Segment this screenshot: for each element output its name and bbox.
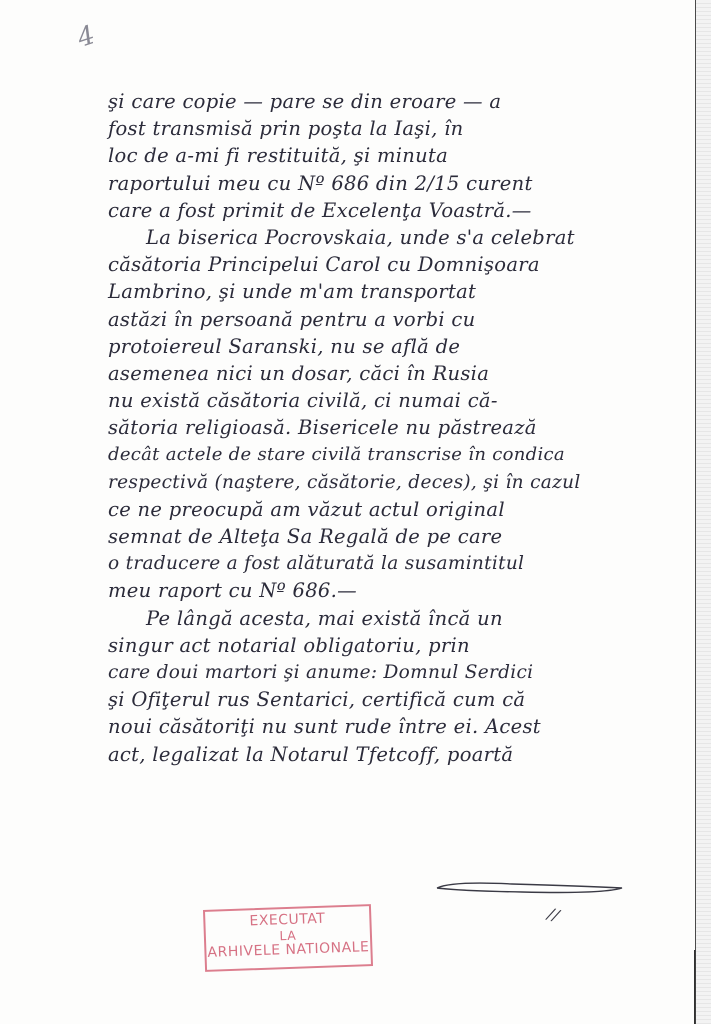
handwritten-text: şi care copie — pare se din eroare — a f…	[108, 88, 668, 768]
manuscript-page: 4 şi care copie — pare se din eroare — a…	[0, 0, 696, 1024]
text-line-18: o traducere a fost alăturată la susamint…	[108, 550, 668, 577]
stamp-line-3: ARHIVELE NATIONALE	[206, 940, 370, 961]
archive-stamp: EXECUTAT LA ARHIVELE NATIONALE	[203, 904, 373, 972]
text-line-1: şi care copie — pare se din eroare — a	[108, 88, 668, 115]
end-mark: //	[546, 904, 561, 925]
text-line-16: ce ne preocupă am văzut actul original	[108, 496, 668, 523]
scan-margin	[696, 0, 711, 1024]
text-line-13: sătoria religioasă. Bisericele nu păstre…	[108, 414, 668, 441]
text-line-7: căsătoria Principelui Carol cu Domnişoar…	[108, 251, 668, 278]
text-line-8: Lambrino, şi unde m'am transportat	[108, 278, 668, 305]
text-line-24: noui căsătoriţi nu sunt rude între ei. A…	[108, 713, 668, 740]
text-line-6: La biserica Pocrovskaia, unde s'a celebr…	[108, 224, 668, 251]
text-line-23: şi Ofiţerul rus Sentarici, certifică cum…	[108, 686, 668, 713]
folio-mark: 4	[74, 20, 99, 54]
text-line-2: fost transmisă prin poşta la Iaşi, în	[108, 115, 668, 142]
signature-flourish	[432, 878, 632, 898]
text-line-9: astăzi în persoană pentru a vorbi cu	[108, 306, 668, 333]
text-line-20: Pe lângă acesta, mai există încă un	[108, 605, 668, 632]
text-line-12: nu există căsătoria civilă, ci numai că-	[108, 387, 668, 414]
text-line-3: loc de a-mi fi restituită, şi minuta	[108, 142, 668, 169]
text-line-21: singur act notarial obligatoriu, prin	[108, 632, 668, 659]
text-line-15: respectivă (naştere, căsătorie, deces), …	[108, 469, 668, 496]
text-line-5: care a fost primit de Excelenţa Voastră.…	[108, 197, 668, 224]
text-line-22: care doui martori şi anume: Domnul Serdi…	[108, 659, 668, 686]
text-line-10: protoiereul Saranski, nu se află de	[108, 333, 668, 360]
text-line-17: semnat de Alteţa Sa Regală de pe care	[108, 523, 668, 550]
text-line-4: raportului meu cu Nº 686 din 2/15 curent	[108, 170, 668, 197]
text-line-25: act, legalizat la Notarul Tfetcoff, poar…	[108, 741, 668, 768]
text-line-14: decât actele de stare civilă transcrise …	[108, 441, 668, 468]
text-line-19: meu raport cu Nº 686.—	[108, 577, 668, 604]
text-line-11: asemenea nici un dosar, căci în Rusia	[108, 360, 668, 387]
